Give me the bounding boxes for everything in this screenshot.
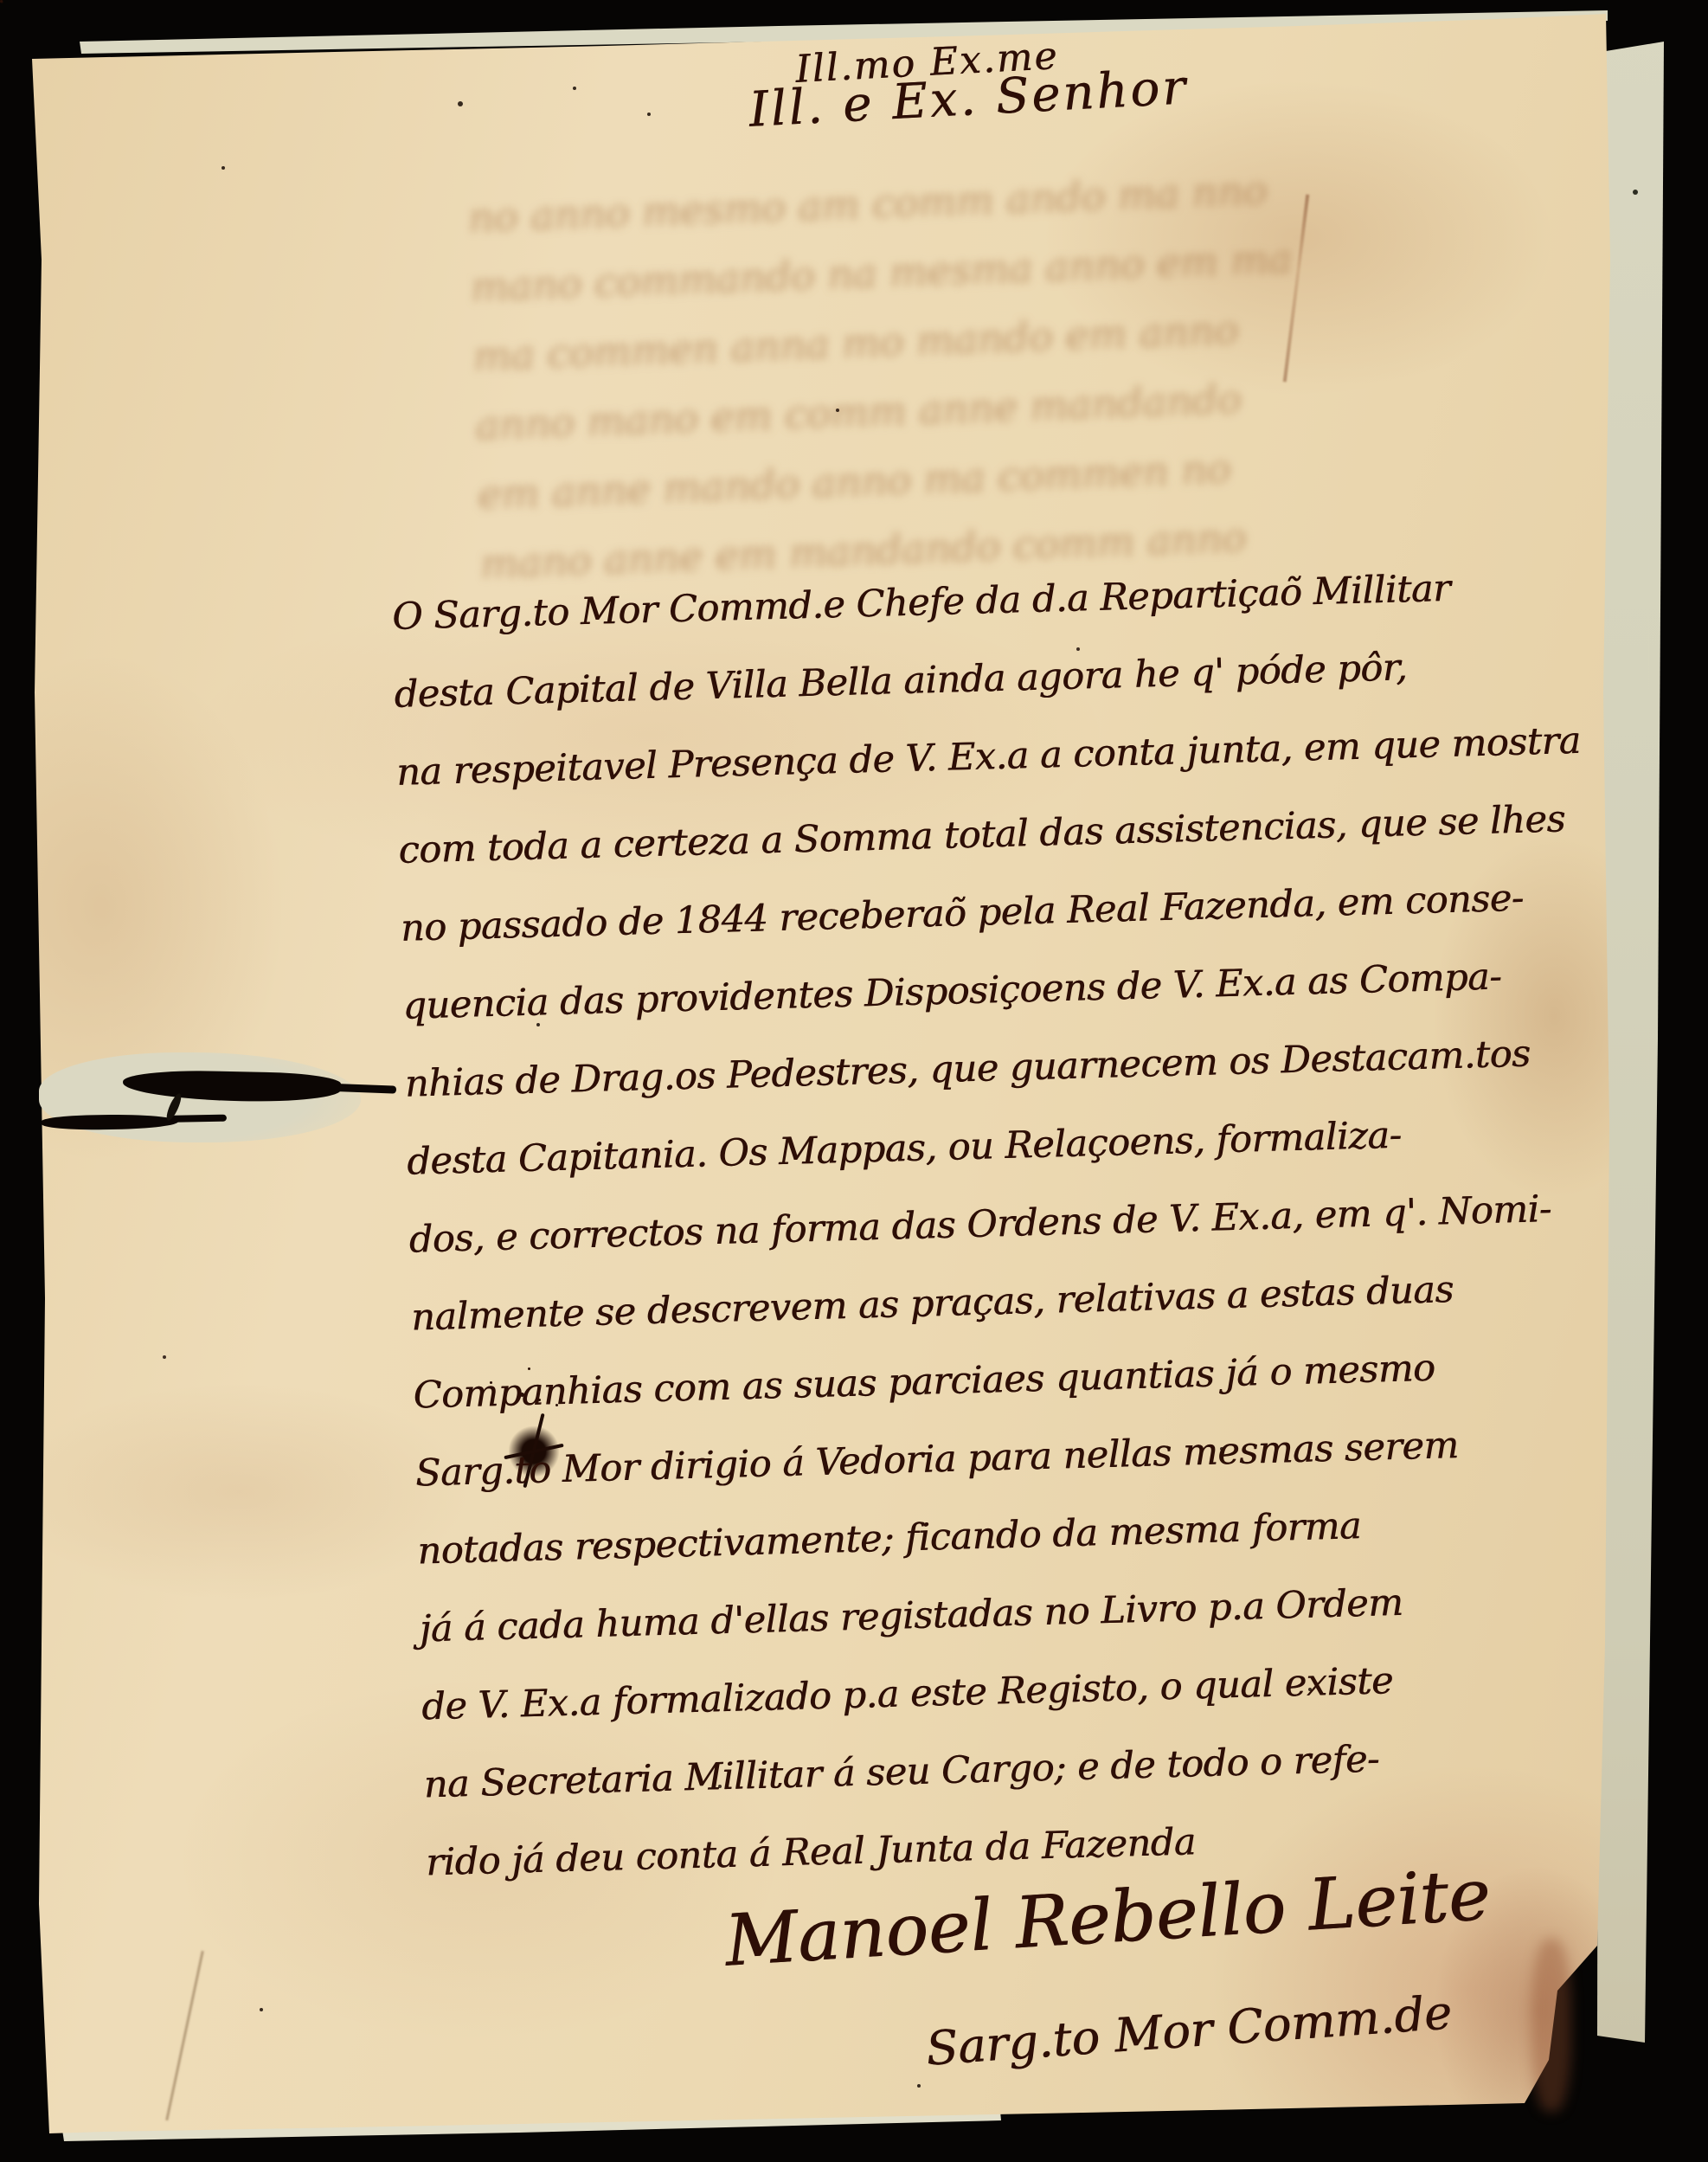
letter-body: O Sarg.to Mor Commd.e Chefe da d.a Repar…	[391, 544, 1698, 1901]
manuscript-photo: no anno mesmo am comm ando ma nno mano c…	[0, 0, 1708, 2162]
bleedthrough-text: no anno mesmo am comm ando ma nno mano c…	[467, 151, 1398, 599]
water-stain	[1531, 1939, 1571, 2112]
ink-spray-dots	[0, 0, 3, 3]
